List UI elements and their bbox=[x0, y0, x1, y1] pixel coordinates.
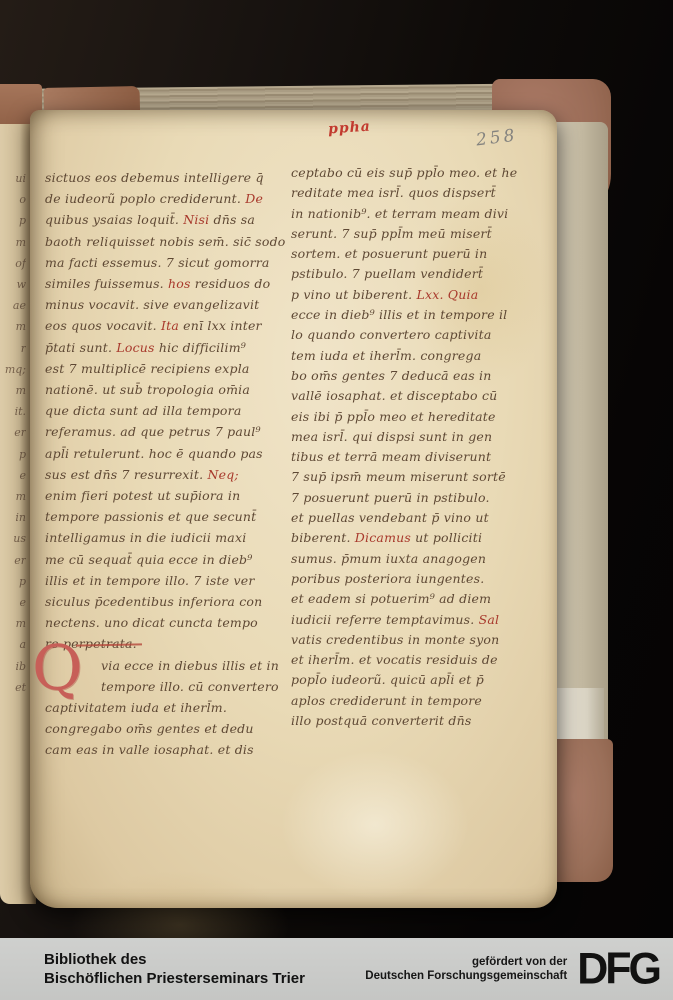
manuscript-text-line: siculus p̄cedentibus inferiora con bbox=[45, 591, 287, 612]
manuscript-text-line: vallē iosaphat. et disceptabo cū bbox=[291, 386, 541, 406]
manuscript-text-line: serunt. 7 sup̄ ppl̄m meū misert̄ bbox=[291, 224, 541, 244]
manuscript-text-line: tibus et terrā meam diviserunt bbox=[291, 447, 541, 467]
facing-page-fragment: et bbox=[0, 677, 26, 698]
manuscript-text-line: aplos crediderunt in tempore bbox=[291, 691, 541, 711]
library-name-line2: Bischöflichen Priesterseminars Trier bbox=[44, 969, 305, 988]
manuscript-text-line: p vino ut biberent. Lxx. Quia bbox=[291, 285, 541, 305]
facing-page-fragment: mq; bbox=[0, 359, 26, 380]
facing-page-fragment: ib bbox=[0, 656, 26, 677]
manuscript-text-line: 7 sup̄ ipsm̄ meum miserunt sortē bbox=[291, 467, 541, 487]
manuscript-text-line: eos quos vocavit. Ita enī lxx inter bbox=[45, 315, 287, 336]
manuscript-text-line: popl̄o iudeorũ. quicū apl̄i et p̄ bbox=[291, 670, 541, 690]
funding-credit-line1: gefördert von der bbox=[365, 955, 567, 969]
manuscript-text-line: me cū sequat̄ quia ecce in dieb⁹ bbox=[45, 549, 287, 570]
facing-page-fragment: m bbox=[0, 316, 26, 337]
facing-page-line-ends: uiopmofwaemrmq;mit.erpeminuserpemaibet bbox=[0, 168, 26, 698]
manuscript-text-line: intelligamus in die iudicii maxi bbox=[45, 527, 287, 548]
manuscript-text-line: tem iuda et iherl̄m. congrega bbox=[291, 346, 541, 366]
facing-page-fragment: it. bbox=[0, 401, 26, 422]
manuscript-text-line: p̄tati sunt. Locus hic difficilim⁹ bbox=[45, 337, 287, 358]
manuscript-text-line: biberent. Dicamus ut polliciti bbox=[291, 528, 541, 548]
facing-page-fragment: ae bbox=[0, 295, 26, 316]
digitized-manuscript-scan: uiopmofwaemrmq;mit.erpeminuserpemaibet p… bbox=[0, 0, 673, 1000]
facing-page-fragment: m bbox=[0, 613, 26, 634]
library-name-line1: Bibliothek des bbox=[44, 950, 305, 969]
facing-page-fragment: o bbox=[0, 189, 26, 210]
manuscript-text-line: 7 posuerunt puerū in pstibulo. bbox=[291, 488, 541, 508]
facing-page-fragment: p bbox=[0, 444, 26, 465]
manuscript-text-line: in nationib⁹. et terram meam divi bbox=[291, 204, 541, 224]
manuscript-text-line: baoth reliquisset nobis sem̄. sic̄ sodo bbox=[45, 231, 287, 252]
facing-page-fragment: m bbox=[0, 380, 26, 401]
facing-page-fragment: er bbox=[0, 422, 26, 443]
facing-page-fragment: r bbox=[0, 338, 26, 359]
manuscript-text-line: quibus ysaias loquit̄. Nisi dn̄s sa bbox=[45, 209, 287, 230]
manuscript-text-line: et eadem si potuerim⁹ ad diem bbox=[291, 589, 541, 609]
manuscript-text-line: nationē. ut sub̄ tropologia om̄ia bbox=[45, 379, 287, 400]
manuscript-text-line: similes fuissemus. hos residuos do bbox=[45, 273, 287, 294]
manuscript-text-line: minus vocavit. sive evangelizavit bbox=[45, 294, 287, 315]
manuscript-text-line: eis ibi p̄ ppl̄o meo et hereditate bbox=[291, 407, 541, 427]
funding-credit: gefördert von der Deutschen Forschungsge… bbox=[365, 955, 567, 983]
library-name: Bibliothek des Bischöflichen Priestersem… bbox=[44, 950, 305, 988]
facing-page-fragment: ui bbox=[0, 168, 26, 189]
facing-page-fragment: in bbox=[0, 507, 26, 528]
manuscript-text-line: apl̄i retulerunt. hoc ē quando pas bbox=[45, 443, 287, 464]
facing-page-fragment: p bbox=[0, 210, 26, 231]
manuscript-text-line: illo postquā converterit dn̄s bbox=[291, 711, 541, 731]
parchment-stain bbox=[280, 750, 470, 900]
manuscript-text-line: tempore passionis et que secunt̄ bbox=[45, 506, 287, 527]
facing-page-fragment: e bbox=[0, 592, 26, 613]
manuscript-text-line: ceptabo cū eis sup̄ ppl̄o meo. et he bbox=[291, 163, 541, 183]
facing-page-fragment: w bbox=[0, 274, 26, 295]
funding-credit-line2: Deutschen Forschungsgemeinschaft bbox=[365, 969, 567, 983]
manuscript-text-line: ecce in dieb⁹ illis et in tempore il bbox=[291, 305, 541, 325]
manuscript-text-line: illis et in tempore illo. 7 iste ver bbox=[45, 570, 287, 591]
dfg-logo: DFG bbox=[577, 944, 659, 995]
manuscript-text-line: bo om̄s gentes 7 deducā eas in bbox=[291, 366, 541, 386]
manuscript-text-line: referamus. ad que petrus 7 paul⁹ bbox=[45, 421, 287, 442]
manuscript-text-line: congregabo om̄s gentes et dedu bbox=[45, 718, 287, 739]
red-initial-q: Q bbox=[32, 637, 83, 699]
manuscript-text-line: ma facti essemus. 7 sicut gomorra bbox=[45, 252, 287, 273]
manuscript-text-line: lo quando convertero captivita bbox=[291, 325, 541, 345]
manuscript-text-line: de iudeorũ poplo crediderunt. De bbox=[45, 188, 287, 209]
facing-page-fragment: of bbox=[0, 253, 26, 274]
manuscript-text-line: sus est dn̄s 7 resurrexit. Neq; bbox=[45, 464, 287, 485]
pencil-folio-number: 258 bbox=[475, 126, 519, 151]
funding-block: gefördert von der Deutschen Forschungsge… bbox=[365, 945, 663, 994]
facing-page-fragment: m bbox=[0, 232, 26, 253]
manuscript-text-line: et puellas vendebant p̄ vino ut bbox=[291, 508, 541, 528]
facing-page-fragment: us bbox=[0, 528, 26, 549]
manuscript-text-line: sumus. p̄mum iuxta anagogen bbox=[291, 549, 541, 569]
manuscript-text-line: iudicii referre temptavimus. Sal bbox=[291, 610, 541, 630]
facing-page-fragment: er bbox=[0, 550, 26, 571]
manuscript-text-line: poribus posteriora iungentes. bbox=[291, 569, 541, 589]
facing-page-fragment: a bbox=[0, 634, 26, 655]
text-column-right: ceptabo cū eis sup̄ ppl̄o meo. et heredi… bbox=[291, 163, 541, 731]
photo-background: uiopmofwaemrmq;mit.erpeminuserpemaibet p… bbox=[0, 0, 673, 938]
manuscript-text-line: reditate mea isrl̄. quos dispsert̄ bbox=[291, 183, 541, 203]
footer-bar: Bibliothek des Bischöflichen Priestersem… bbox=[0, 938, 673, 1000]
manuscript-text-line: sortem. et posuerunt puerū in bbox=[291, 244, 541, 264]
manuscript-text-line: sictuos eos debemus intelligere q̄ bbox=[45, 167, 287, 188]
manuscript-text-line: et iherl̄m. et vocatis residuis de bbox=[291, 650, 541, 670]
manuscript-text-line: pstibulo. 7 puellam vendidert̄ bbox=[291, 264, 541, 284]
facing-page-fragment: m bbox=[0, 486, 26, 507]
manuscript-text-line: mea isrl̄. qui dispsi sunt in gen bbox=[291, 427, 541, 447]
manuscript-text-line: cam eas in valle iosaphat. et dis bbox=[45, 739, 287, 760]
manuscript-text-line: est 7 multiplicē recipiens expla bbox=[45, 358, 287, 379]
manuscript-text-line: que dicta sunt ad illa tempora bbox=[45, 400, 287, 421]
manuscript-page: ppha 258 sictuos eos debemus intelligere… bbox=[30, 110, 557, 908]
manuscript-text-line: vatis credentibus in monte syon bbox=[291, 630, 541, 650]
facing-page-fragment: e bbox=[0, 465, 26, 486]
manuscript-text-line: enim fieri potest ut sup̄iora in bbox=[45, 485, 287, 506]
facing-page-fragment: p bbox=[0, 571, 26, 592]
red-rubric-propheta: ppha bbox=[327, 119, 371, 138]
